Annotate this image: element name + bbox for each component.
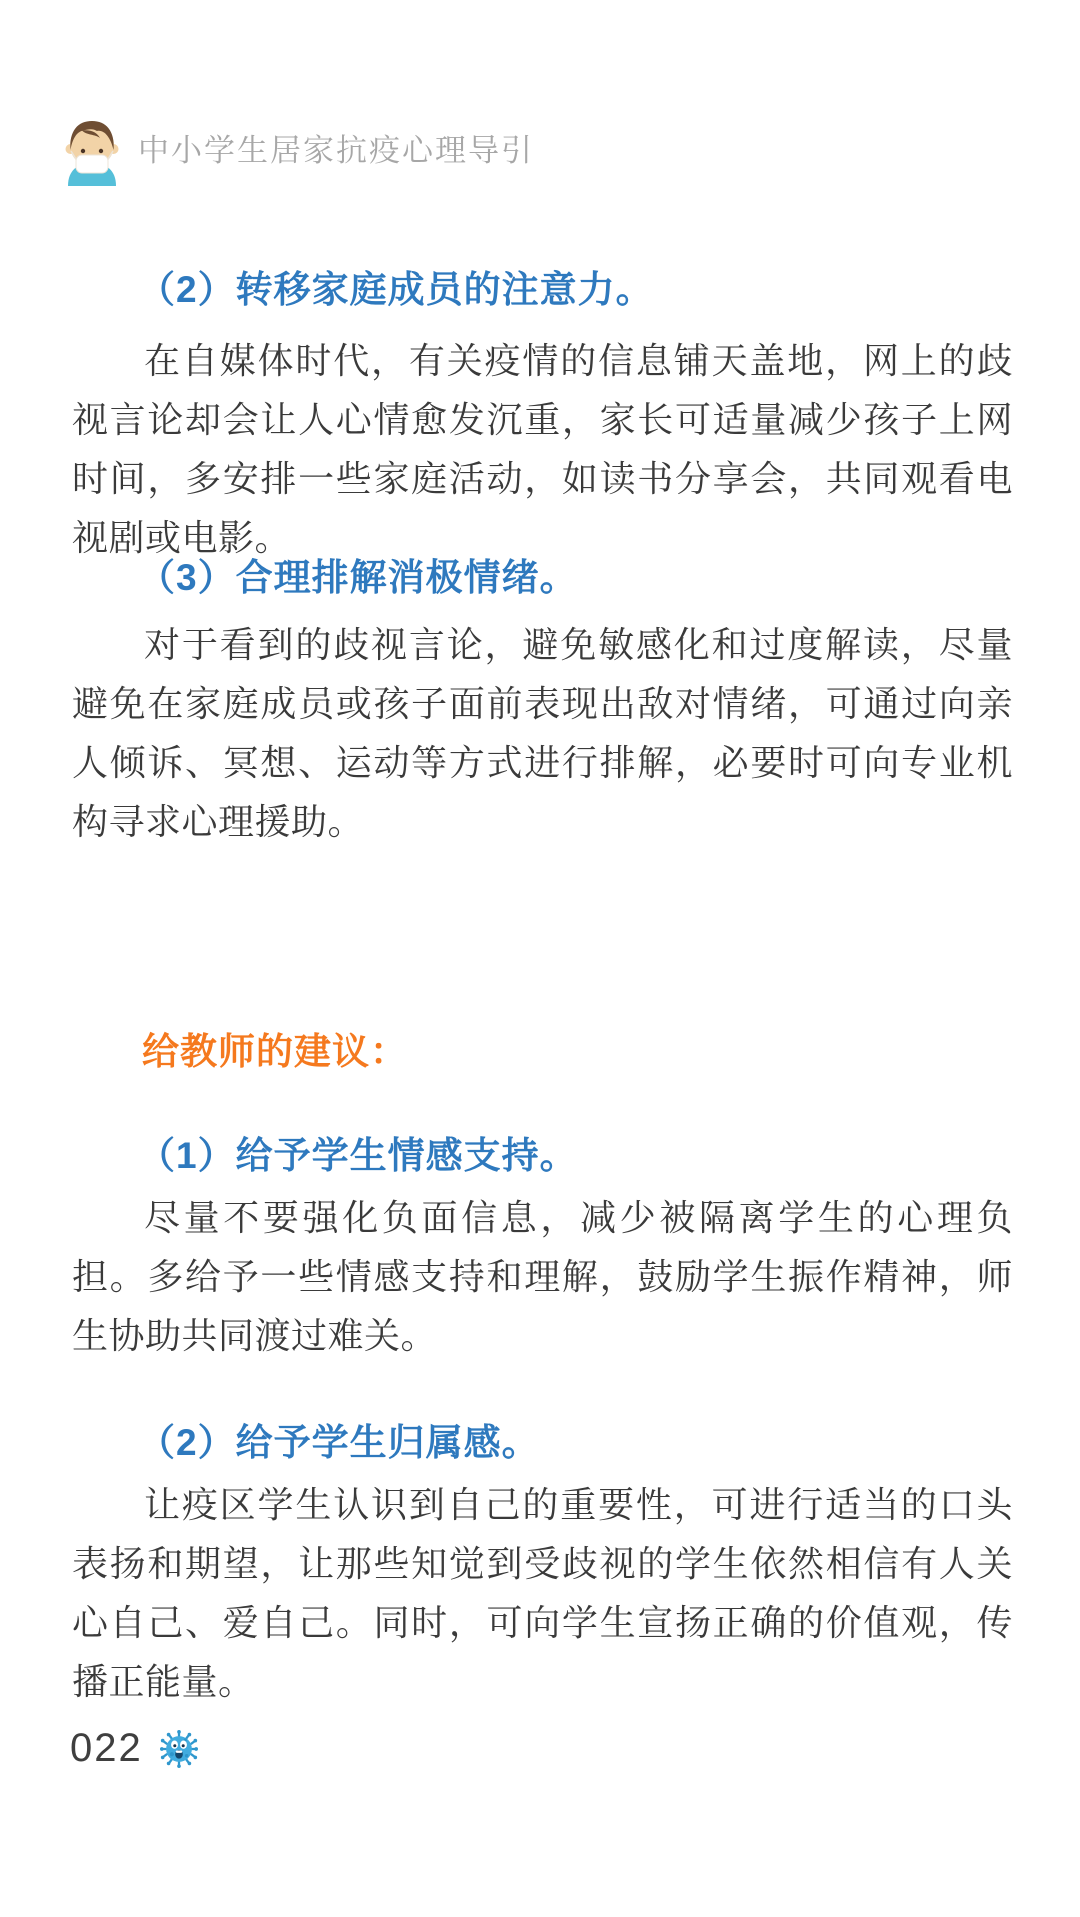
section-title-teacher-advice: 给教师的建议：	[142, 1030, 408, 1074]
book-title: 中小学生居家抗疫心理导引	[138, 125, 534, 170]
heading-parent-tip-3: （3）合理排解消极情绪。	[138, 556, 578, 600]
masked-child-avatar-icon	[64, 108, 120, 186]
paragraph-parent-tip-3: 对于看到的歧视言论，避免敏感化和过度解读，尽量避免在家庭成员或孩子面前表现出敌对…	[72, 615, 1013, 851]
document-page: 中小学生居家抗疫心理导引 （2）转移家庭成员的注意力。 在自媒体时代，有关疫情的…	[0, 0, 1080, 1917]
virus-icon	[158, 1728, 200, 1770]
paragraph-teacher-tip-2: 让疫区学生认识到自己的重要性，可进行适当的口头表扬和期望，让那些知觉到受歧视的学…	[72, 1475, 1013, 1711]
paragraph-parent-tip-2: 在自媒体时代，有关疫情的信息铺天盖地，网上的歧视言论却会让人心情愈发沉重，家长可…	[72, 331, 1013, 567]
page-header: 中小学生居家抗疫心理导引	[64, 108, 534, 186]
page-footer: 022	[70, 1726, 200, 1771]
heading-parent-tip-2: （2）转移家庭成员的注意力。	[138, 268, 654, 312]
paragraph-teacher-tip-1: 尽量不要强化负面信息，减少被隔离学生的心理负担。多给予一些情感支持和理解，鼓励学…	[72, 1188, 1013, 1365]
page-number: 022	[70, 1726, 143, 1771]
heading-teacher-tip-1: （1）给予学生情感支持。	[138, 1134, 578, 1178]
heading-teacher-tip-2: （2）给予学生归属感。	[138, 1421, 540, 1465]
